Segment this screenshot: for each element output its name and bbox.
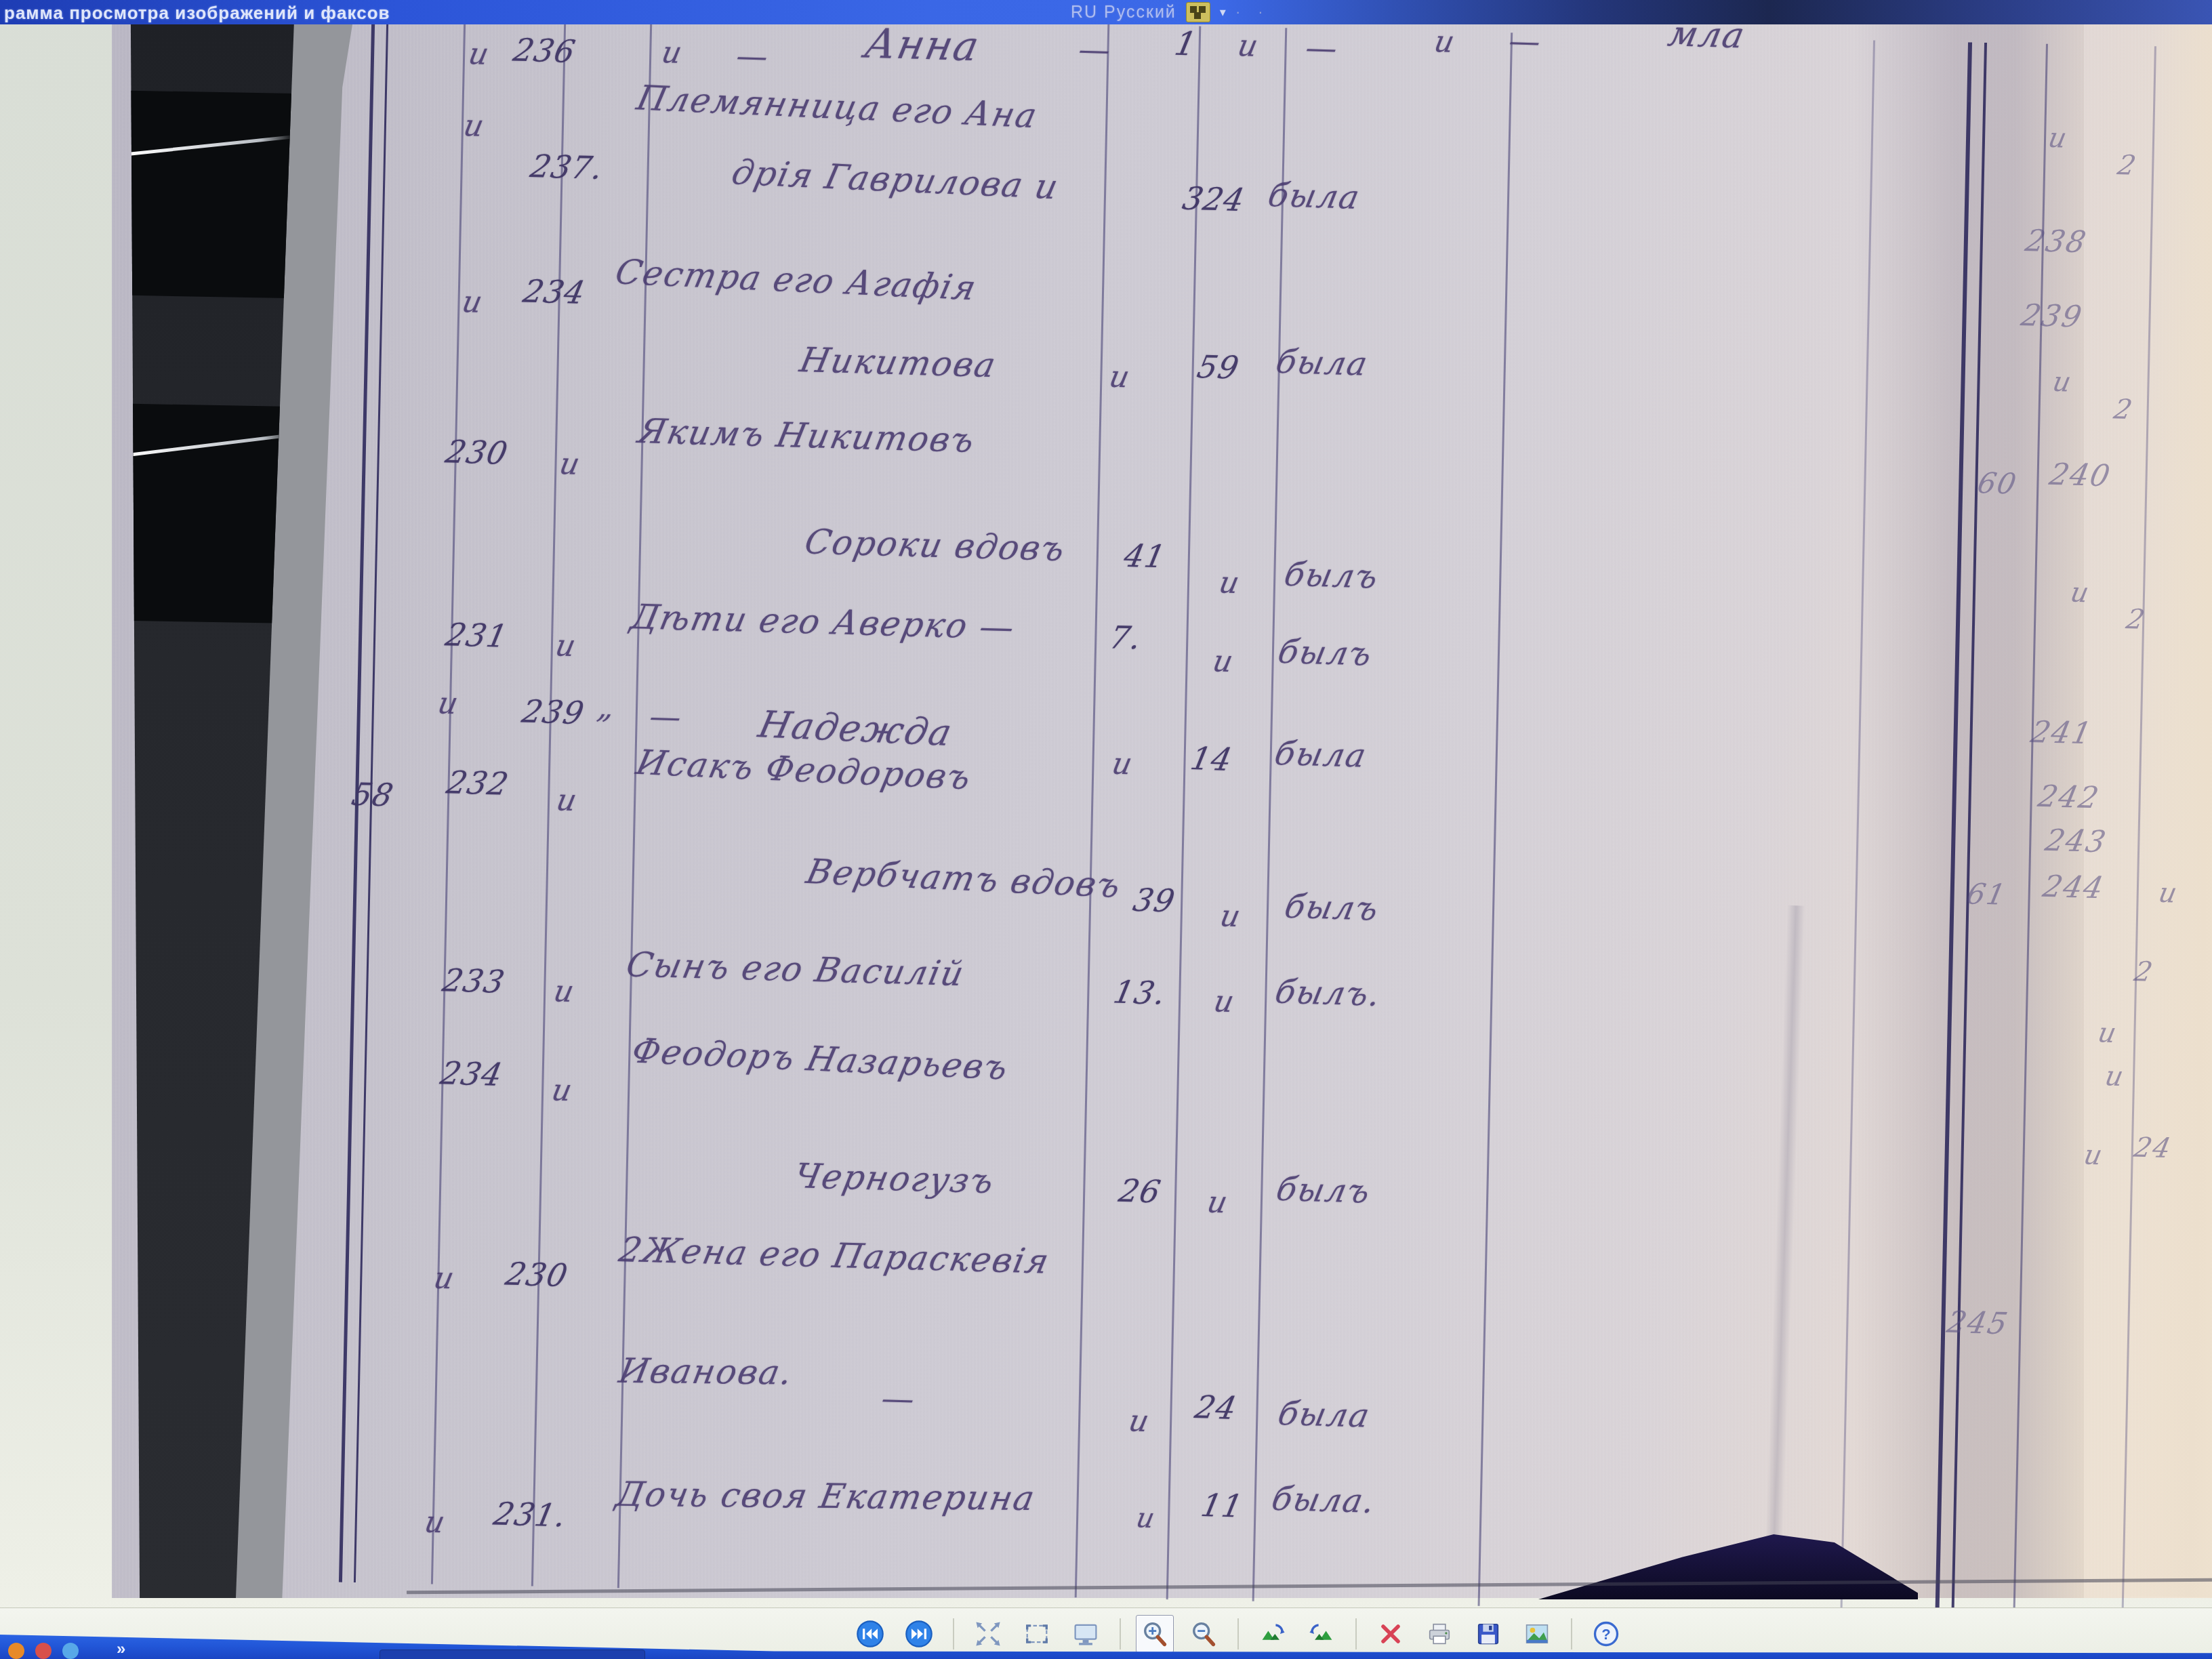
handwriting-text: — (647, 698, 687, 735)
open-for-editing-icon (1522, 1619, 1552, 1649)
handwriting-text: и (2081, 1139, 2106, 1171)
handwriting-text: 2 (2115, 150, 2140, 182)
quick-launch-icon[interactable] (8, 1643, 24, 1659)
handwriting-text: 61 (1964, 877, 2009, 912)
handwriting-text: и (2156, 878, 2181, 909)
handwriting-text: Сороки вдовъ (802, 522, 1069, 569)
handwriting-text: 239 (519, 693, 588, 731)
handwriting-text: и (1109, 746, 1136, 781)
handwriting-text: Иванова. (616, 1351, 796, 1393)
handwriting-text: 236 (510, 31, 579, 70)
handwriting-text: была (1271, 735, 1370, 775)
handwriting-text: 231. (491, 1495, 570, 1534)
handwriting-text: 233 (440, 962, 508, 1000)
handwriting-text: и (431, 1261, 459, 1296)
svg-text:?: ? (1601, 1626, 1610, 1643)
handwriting-text: 24 (2131, 1132, 2175, 1164)
handwriting-text: и (2095, 1017, 2121, 1049)
handwriting-text: 39 (1130, 882, 1179, 920)
zoom-out-button[interactable] (1185, 1615, 1223, 1653)
next-image-button[interactable] (900, 1615, 938, 1653)
handwriting-text: 1 (1171, 25, 1200, 64)
handwriting-text: и (552, 628, 580, 663)
handwriting-text: 26 (1116, 1172, 1164, 1210)
handwriting-text: и (1217, 899, 1245, 934)
handwriting-text: и (466, 37, 493, 72)
zoom-in-button[interactable] (1136, 1615, 1174, 1653)
handwriting-text: и (2068, 577, 2093, 609)
handwriting-text: и (549, 1073, 577, 1108)
toolbar-separator (953, 1618, 954, 1650)
slide-show-button[interactable] (1067, 1615, 1105, 1653)
handwriting-text: Никитова (796, 340, 1000, 385)
handwriting-text: и (459, 285, 487, 320)
handwriting-text: былъ (1282, 888, 1382, 928)
slide-show-icon (1071, 1619, 1101, 1649)
handwriting-text: 237. (527, 148, 607, 186)
rotate-counterclockwise-button[interactable] (1303, 1615, 1340, 1653)
handwriting-text: 2 (2111, 394, 2136, 426)
handwriting-text: и (1216, 565, 1244, 600)
quick-launch-icon[interactable] (62, 1643, 79, 1659)
handwriting-text: Феодоръ Назарьевъ (628, 1031, 1012, 1087)
handwriting-text: и (461, 108, 489, 144)
handwriting-text: — (878, 1379, 919, 1418)
handwriting-text: 13. (1111, 974, 1170, 1012)
handwriting-text: 241 (2028, 715, 2095, 752)
handwriting-text: и (556, 447, 584, 482)
best-fit-button[interactable] (969, 1615, 1007, 1653)
save-icon (1473, 1619, 1503, 1649)
handwriting-text: 230 (443, 433, 511, 472)
rotate-counterclockwise-icon (1307, 1619, 1336, 1649)
toolbar-separator (1120, 1618, 1121, 1650)
handwriting-text: и (2050, 367, 2075, 398)
handwriting-text: и (1204, 1185, 1232, 1220)
handwriting-text: Сестра его Агафія (612, 252, 981, 308)
handwriting-text: 11 (1198, 1487, 1246, 1525)
handwriting-text: дрія Гаврилова и (729, 152, 1063, 207)
handwriting-text: былъ (1275, 633, 1376, 674)
language-bar[interactable]: RU Русский ▾ · · (1071, 0, 1270, 24)
handwriting-text: — (733, 37, 773, 75)
handwriting-text: 232 (443, 764, 512, 802)
handwriting-text: 58 (348, 776, 396, 814)
handwriting-text: — (1076, 30, 1115, 68)
language-bar-dots: · · (1235, 3, 1270, 21)
handwriting-text: 2Жена его Параскевія (616, 1230, 1054, 1282)
handwriting-text: и (1211, 984, 1239, 1019)
handwriting-text: былъ. (1272, 973, 1385, 1014)
handwriting-text: 59 (1194, 348, 1242, 386)
handwriting-layer: и236и—Анна—1и—и—млаи237.Племянница его А… (0, 17, 2212, 1606)
handwriting-text: была (1273, 343, 1372, 384)
open-for-editing-button[interactable] (1518, 1615, 1556, 1653)
handwriting-text: Черногузъ (791, 1156, 998, 1201)
handwriting-text: и (1431, 24, 1459, 60)
handwriting-text: 234 (437, 1054, 506, 1093)
handwriting-text: Вербчатъ вдовъ (803, 852, 1126, 905)
window-title: рамма просмотра изображений и факсов (4, 3, 390, 24)
handwriting-text: 234 (520, 272, 588, 311)
handwriting-text: Дочь своя Екатерина (613, 1475, 1039, 1519)
toolbar-separator (1355, 1618, 1357, 1650)
handwriting-text: „ (594, 689, 619, 726)
handwriting-text: и (2045, 123, 2070, 155)
previous-image-button[interactable] (851, 1615, 889, 1653)
handwriting-text: 7. (1107, 619, 1145, 656)
toolbar-buttons: ? (851, 1615, 1625, 1653)
toolbar-separator (1571, 1618, 1572, 1650)
handwriting-text: и (1210, 644, 1237, 679)
handwriting-text: былъ (1281, 556, 1382, 596)
handwriting-text: 238 (2022, 224, 2090, 260)
handwriting-text: Анна (861, 20, 984, 70)
handwriting-text: Надежда (755, 703, 957, 754)
previous-image-icon (855, 1619, 885, 1649)
help-icon: ? (1591, 1619, 1621, 1649)
handwriting-text: и (1134, 1502, 1159, 1534)
zoom-in-icon (1140, 1619, 1170, 1649)
rotate-clockwise-button[interactable] (1254, 1615, 1292, 1653)
handwriting-text: 244 (2040, 869, 2108, 906)
handwriting-text: и (1126, 1404, 1153, 1439)
handwriting-text: и (435, 686, 463, 721)
save-button[interactable] (1469, 1615, 1507, 1653)
handwriting-text: 245 (1944, 1305, 2011, 1342)
handwriting-text: 2 (2123, 604, 2148, 636)
handwriting-text: 239 (2018, 298, 2086, 335)
delete-button[interactable] (1372, 1615, 1410, 1653)
language-indicator-label[interactable]: RU Русский (1071, 3, 1176, 22)
handwriting-text: и (554, 783, 581, 818)
handwriting-text: Племянница его Ана (633, 78, 1041, 136)
handwriting-text: и (2102, 1061, 2127, 1092)
handwriting-text: и (1106, 359, 1134, 394)
rotate-clockwise-icon (1258, 1619, 1288, 1649)
picture-and-fax-viewer-window: и236и—Анна—1и—и—млаи237.Племянница его А… (0, 0, 2212, 1659)
handwriting-text: Сынъ его Василій (623, 945, 968, 994)
keyboard-layout-icon[interactable] (1186, 2, 1210, 22)
handwriting-text: 242 (2035, 779, 2103, 816)
handwriting-text: 60 (1975, 466, 2020, 501)
handwriting-text: и (551, 974, 579, 1009)
handwriting-text: была (1275, 1395, 1374, 1435)
handwriting-text: и (659, 35, 687, 70)
actual-size-icon (1022, 1619, 1052, 1649)
handwriting-text: Якимъ Никитовъ (635, 411, 979, 460)
toolbar-separator (1237, 1618, 1239, 1650)
handwriting-text: 324 (1179, 180, 1248, 219)
handwriting-text: — (1506, 22, 1546, 60)
print-button[interactable] (1420, 1615, 1458, 1653)
handwriting-text: и (1235, 28, 1263, 64)
handwriting-text: 2 (2131, 956, 2156, 988)
handwriting-text: 24 (1192, 1389, 1240, 1427)
delete-icon (1376, 1619, 1406, 1649)
handwriting-text: 240 (2047, 457, 2114, 494)
taskbar-overflow-chevron[interactable]: » (117, 1640, 125, 1659)
best-fit-icon (973, 1619, 1003, 1649)
language-menu-arrow-icon[interactable]: ▾ (1220, 5, 1226, 20)
next-image-icon (904, 1619, 934, 1649)
handwriting-text: былъ (1273, 1170, 1374, 1211)
help-button[interactable]: ? (1587, 1615, 1625, 1653)
taskbar-window-button[interactable] (380, 1650, 645, 1659)
print-icon (1425, 1619, 1454, 1649)
quick-launch-icon[interactable] (35, 1643, 52, 1659)
title-bar: рамма просмотра изображений и факсов RU … (0, 0, 2212, 24)
handwriting-text: — (1303, 29, 1343, 66)
handwriting-text: 41 (1121, 537, 1169, 575)
handwriting-text: 14 (1187, 740, 1235, 778)
zoom-out-icon (1189, 1619, 1218, 1649)
handwriting-text: Дѣти его Аверко — (628, 597, 1019, 647)
handwriting-text: была. (1269, 1480, 1379, 1521)
handwriting-text: 243 (2042, 823, 2110, 860)
handwriting-text: и (422, 1504, 449, 1540)
actual-size-button[interactable] (1018, 1615, 1056, 1653)
handwriting-text: 230 (503, 1256, 571, 1294)
handwriting-text: была (1265, 176, 1364, 217)
handwriting-text: 231 (443, 616, 511, 655)
